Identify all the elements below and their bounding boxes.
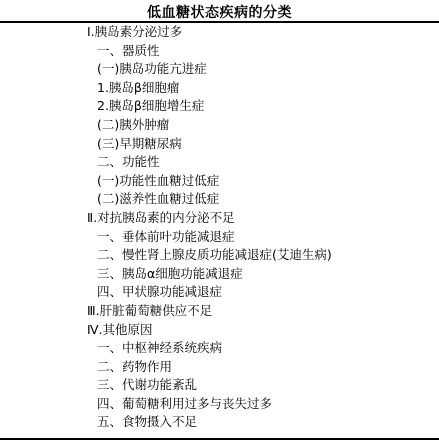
table-title: 低血糖状态疾病的分类 xyxy=(0,2,439,22)
list-item: 四、葡萄糖利用过多与丧失过多 xyxy=(0,395,439,414)
list-item: 三、代谢功能紊乱 xyxy=(0,376,439,395)
list-item: 一、中枢神经系统疾病 xyxy=(0,339,439,358)
list-item: (一)功能性血糖过低症 xyxy=(0,172,439,191)
bottom-rule-divider xyxy=(0,438,439,440)
list-item: Ⅱ.对抗胰岛素的内分泌不足 xyxy=(0,209,439,228)
list-item: 1.胰岛β细胞瘤 xyxy=(0,79,439,98)
list-item: 一、器质性 xyxy=(0,42,439,61)
list-item: (二)胰外肿瘤 xyxy=(0,116,439,135)
list-item: 四、甲状腺功能减退症 xyxy=(0,283,439,302)
list-item: 二、慢性肾上腺皮质功能减退症(艾迪生病) xyxy=(0,246,439,265)
list-item: 三、胰岛α细胞功能减退症 xyxy=(0,265,439,284)
list-item: 二、功能性 xyxy=(0,153,439,172)
list-item: (一)胰岛功能亢进症 xyxy=(0,60,439,79)
list-item: 二、药物作用 xyxy=(0,358,439,377)
list-item: Ⅳ.其他原因 xyxy=(0,321,439,340)
list-item: 2.胰岛β细胞增生症 xyxy=(0,97,439,116)
list-item: Ⅲ.肝脏葡萄糖供应不足 xyxy=(0,302,439,321)
list-item: 一、垂体前叶功能减退症 xyxy=(0,228,439,247)
list-item: 五、食物摄入不足 xyxy=(0,413,439,432)
list-item: (三)早期糖尿病 xyxy=(0,135,439,154)
list-item: Ⅰ.胰岛素分泌过多 xyxy=(0,23,439,42)
classification-list: Ⅰ.胰岛素分泌过多 一、器质性 (一)胰岛功能亢进症 1.胰岛β细胞瘤 2.胰岛… xyxy=(0,23,439,432)
list-item: (二)滋养性血糖过低症 xyxy=(0,190,439,209)
